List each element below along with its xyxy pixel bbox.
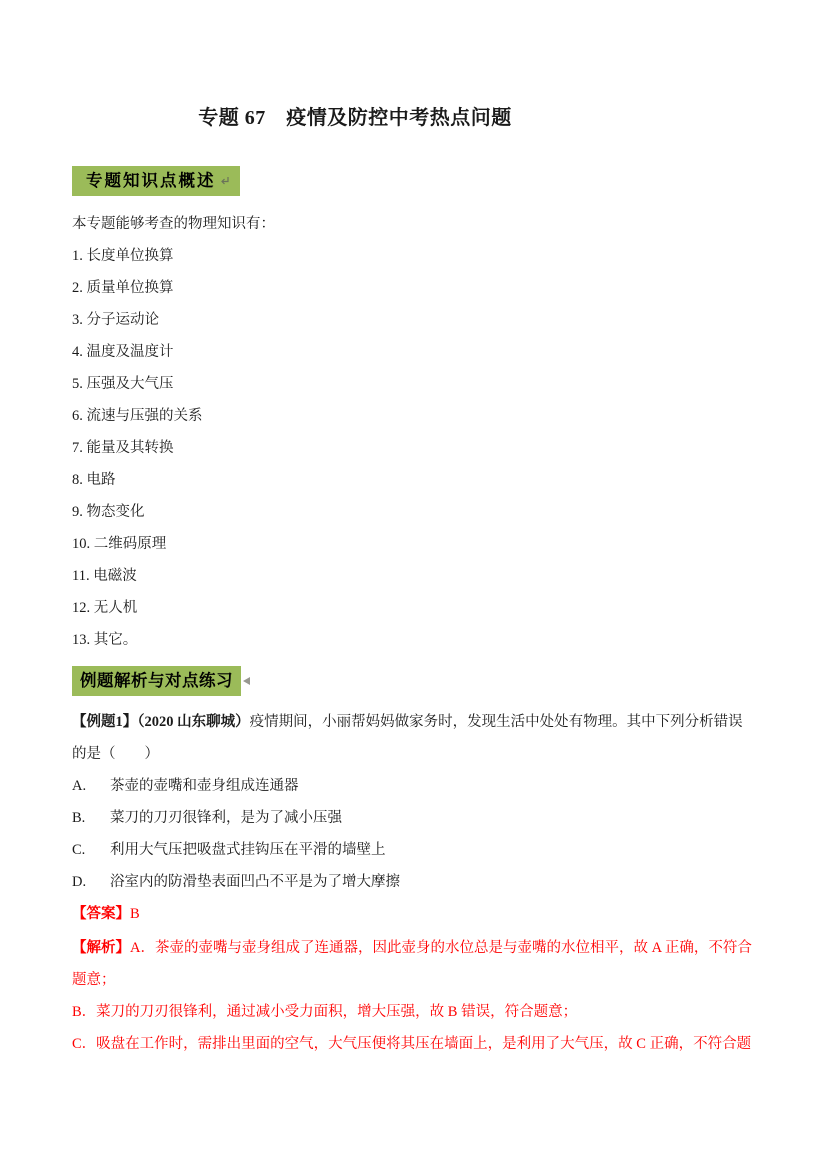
example-question-line1: 【例题1】（2020 山东聊城）疫情期间，小丽帮妈妈做家务时，发现生活中处处有物… (72, 706, 777, 738)
option-label: B. (72, 802, 110, 834)
paragraph-anchor-icon (243, 677, 250, 685)
knowledge-item: 2. 质量单位换算 (72, 272, 777, 304)
section-header-practice: 例题解析与对点练习 (72, 666, 241, 696)
option-row: A.茶壶的壶嘴和壶身组成连通器 (72, 770, 777, 802)
option-label: A. (72, 770, 110, 802)
knowledge-item: 1. 长度单位换算 (72, 240, 777, 272)
section-header-overview: 专题知识点概述 (72, 166, 240, 196)
answer-line: 【答案】B (72, 898, 777, 930)
analysis-line: C．吸盘在工作时，需排出里面的空气，大气压便将其压在墙面上，是利用了大气压，故 … (72, 1028, 777, 1060)
analysis-text: A．茶壶的壶嘴与壶身组成了连通器，因此壶身的水位总是与壶嘴的水位相平，故 A 正… (130, 940, 752, 956)
analysis-line: 题意； (72, 964, 777, 996)
analysis-line: B．菜刀的刀刃很锋利，通过减小受力面积，增大压强，故 B 错误，符合题意； (72, 996, 777, 1028)
option-label: D. (72, 866, 110, 898)
option-label: C. (72, 834, 110, 866)
knowledge-item: 3. 分子运动论 (72, 304, 777, 336)
intro-text: 本专题能够考查的物理知识有： (72, 208, 777, 240)
option-text: 茶壶的壶嘴和壶身组成连通器 (110, 778, 299, 794)
option-text: 利用大气压把吸盘式挂钩压在平滑的墙壁上 (110, 842, 386, 858)
option-row: C.利用大气压把吸盘式挂钩压在平滑的墙壁上 (72, 834, 777, 866)
analysis-label: 【解析】 (72, 940, 130, 956)
option-text: 菜刀的刀刃很锋利，是为了减小压强 (110, 810, 342, 826)
return-mark-icon (219, 176, 230, 187)
analysis-block: 【解析】A．茶壶的壶嘴与壶身组成了连通器，因此壶身的水位总是与壶嘴的水位相平，故… (72, 932, 777, 1060)
example-question-line2: 的是（ ） (72, 738, 777, 770)
knowledge-list: 1. 长度单位换算 2. 质量单位换算 3. 分子运动论 4. 温度及温度计 5… (72, 240, 777, 656)
knowledge-item: 10. 二维码原理 (72, 528, 777, 560)
example-label: 【例题1】（2020 山东聊城） (72, 714, 250, 730)
option-text: 浴室内的防滑垫表面凹凸不平是为了增大摩擦 (110, 874, 400, 890)
overview-header-label: 专题知识点概述 (86, 166, 216, 196)
page-title: 专题 67 疫情及防控中考热点问题 (0, 0, 710, 132)
knowledge-item: 6. 流速与压强的关系 (72, 400, 777, 432)
knowledge-item: 5. 压强及大气压 (72, 368, 777, 400)
answer-label: 【答案】 (72, 906, 130, 922)
document-page: 专题 67 疫情及防控中考热点问题 专题知识点概述 本专题能够考查的物理知识有：… (0, 0, 827, 1169)
document-content: 专题知识点概述 本专题能够考查的物理知识有： 1. 长度单位换算 2. 质量单位… (72, 166, 777, 1060)
answer-value: B (130, 906, 140, 922)
knowledge-item: 9. 物态变化 (72, 496, 777, 528)
option-row: B.菜刀的刀刃很锋利，是为了减小压强 (72, 802, 777, 834)
overview-header-row: 专题知识点概述 (72, 166, 777, 196)
knowledge-item: 8. 电路 (72, 464, 777, 496)
example-question-text: 疫情期间，小丽帮妈妈做家务时，发现生活中处处有物理。其中下列分析错误 (250, 714, 743, 730)
practice-header-label: 例题解析与对点练习 (80, 666, 233, 696)
knowledge-item: 11. 电磁波 (72, 560, 777, 592)
option-row: D.浴室内的防滑垫表面凹凸不平是为了增大摩擦 (72, 866, 777, 898)
knowledge-item: 13. 其它。 (72, 624, 777, 656)
analysis-line: 【解析】A．茶壶的壶嘴与壶身组成了连通器，因此壶身的水位总是与壶嘴的水位相平，故… (72, 932, 777, 964)
options-list: A.茶壶的壶嘴和壶身组成连通器 B.菜刀的刀刃很锋利，是为了减小压强 C.利用大… (72, 770, 777, 898)
knowledge-item: 4. 温度及温度计 (72, 336, 777, 368)
knowledge-item: 7. 能量及其转换 (72, 432, 777, 464)
knowledge-item: 12. 无人机 (72, 592, 777, 624)
practice-header-row: 例题解析与对点练习 (72, 666, 777, 696)
